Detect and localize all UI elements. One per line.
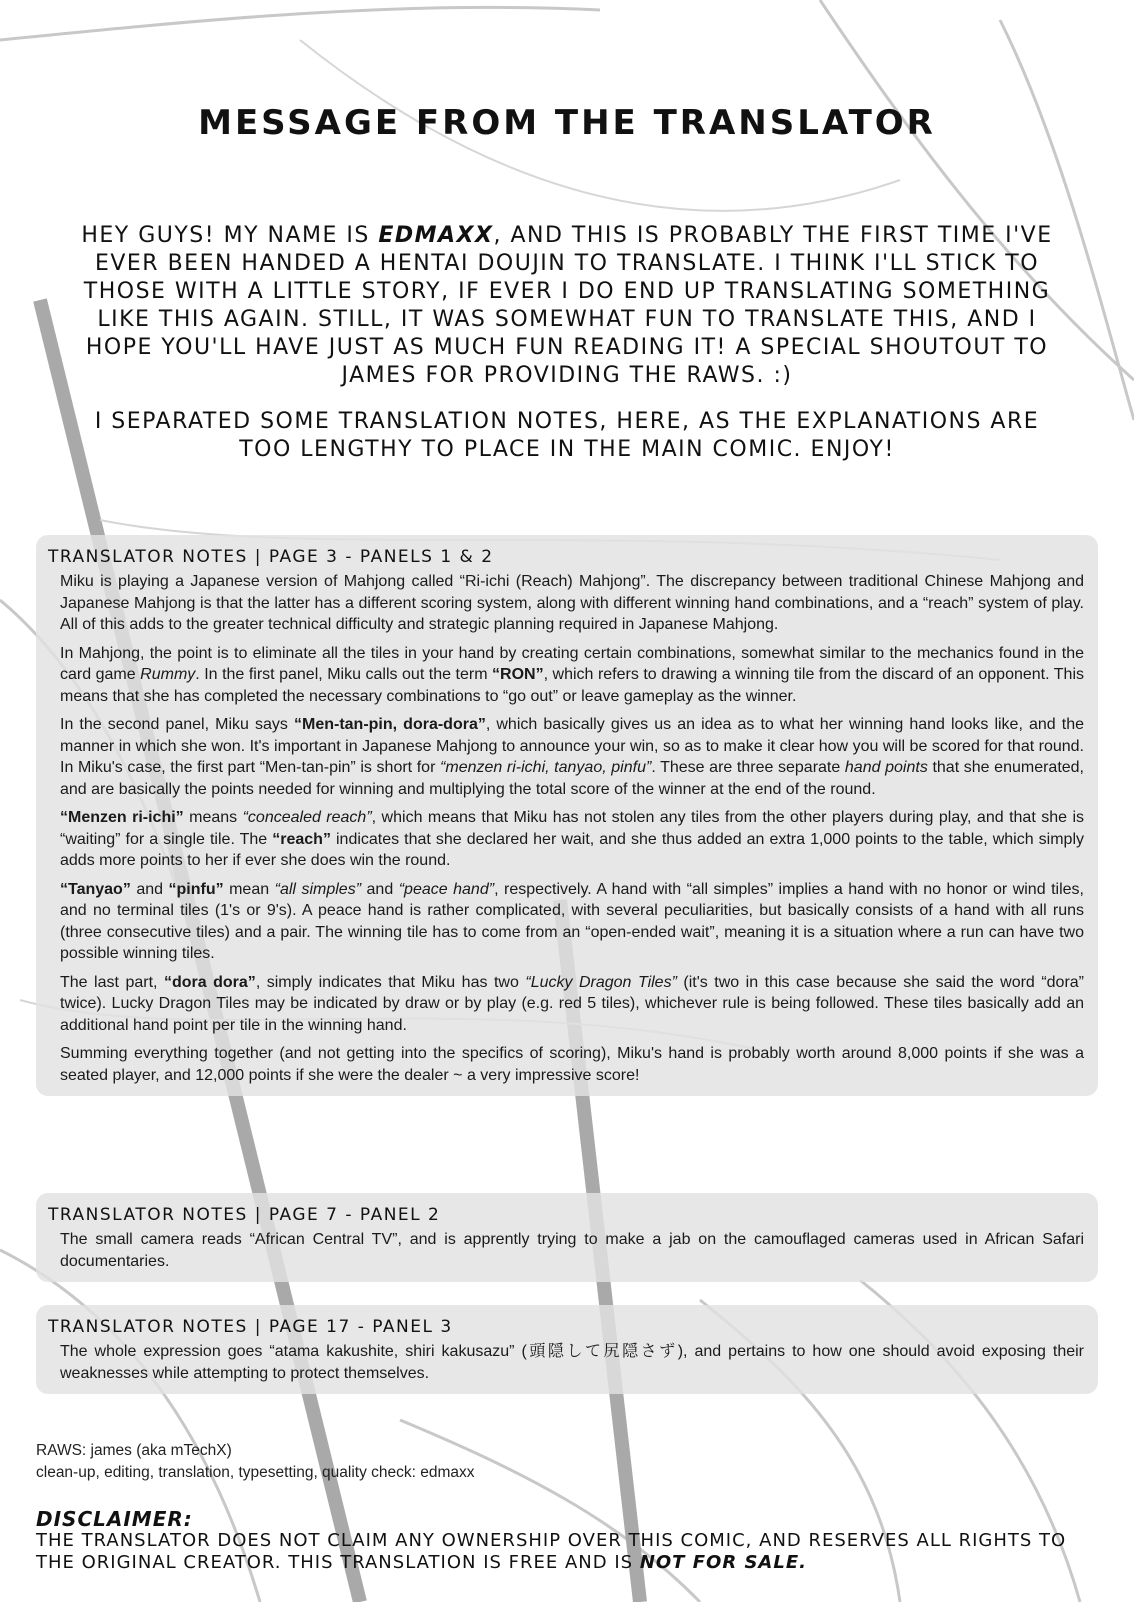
note-paragraph: Miku is playing a Japanese version of Ma… [60, 571, 1084, 636]
note-heading: Translator Notes | Page 7 - Panel 2 [36, 1193, 1098, 1225]
credits: RAWS: james (aka mTechX) clean-up, editi… [36, 1440, 475, 1484]
note-body: Miku is playing a Japanese version of Ma… [36, 567, 1098, 1096]
note-heading: Translator Notes | Page 17 - Panel 3 [36, 1305, 1098, 1337]
note-paragraph: The small camera reads “African Central … [60, 1229, 1084, 1272]
note-paragraph: In Mahjong, the point is to eliminate al… [60, 643, 1084, 708]
disclaimer-heading: Disclaimer: [36, 1508, 1084, 1530]
note-body: The small camera reads “African Central … [36, 1225, 1098, 1282]
intro-paragraph: I separated some translation notes, here… [70, 408, 1064, 464]
page-title: Message from the Translator [0, 103, 1134, 143]
note-heading: Translator Notes | Page 3 - Panels 1 & 2 [36, 535, 1098, 567]
note-paragraph: In the second panel, Miku says “Men-tan-… [60, 714, 1084, 800]
note-body: The whole expression goes “atama kakushi… [36, 1337, 1098, 1394]
credits-raws: RAWS: james (aka mTechX) [36, 1440, 475, 1462]
translator-note-box: Translator Notes | Page 17 - Panel 3 The… [36, 1305, 1098, 1394]
note-paragraph: “Menzen ri-ichi” means “concealed reach”… [60, 807, 1084, 872]
intro-paragraph: Hey guys! My name is edmaxx, and this is… [70, 222, 1064, 390]
credits-staff: clean-up, editing, translation, typesett… [36, 1462, 475, 1484]
disclaimer: Disclaimer: The translator does not clai… [36, 1508, 1084, 1574]
translator-note-box: Translator Notes | Page 3 - Panels 1 & 2… [36, 535, 1098, 1096]
note-paragraph: The whole expression goes “atama kakushi… [60, 1341, 1084, 1384]
intro-message: Hey guys! My name is edmaxx, and this is… [70, 222, 1064, 482]
note-paragraph: “Tanyao” and “pinfu” mean “all simples” … [60, 879, 1084, 965]
note-paragraph: Summing everything together (and not get… [60, 1043, 1084, 1086]
note-paragraph: The last part, “dora dora”, simply indic… [60, 972, 1084, 1037]
disclaimer-text: The translator does not claim any owners… [36, 1530, 1084, 1574]
not-for-sale: Not for Sale. [640, 1552, 807, 1573]
translator-name: edmaxx [378, 223, 493, 248]
translator-note-box: Translator Notes | Page 7 - Panel 2 The … [36, 1193, 1098, 1282]
